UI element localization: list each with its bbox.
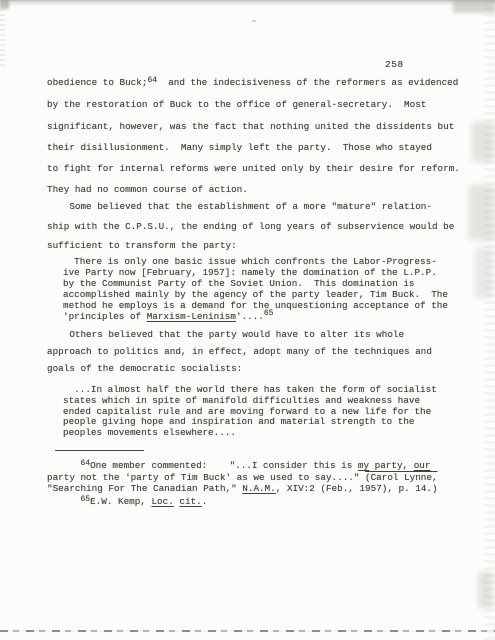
- scanned-document-page: 258 obedience to Buck;64 and the indecis…: [0, 0, 495, 640]
- text-line: sufficient to transform the party:: [47, 236, 454, 256]
- scan-artifact-smudge: [478, 572, 493, 608]
- text-line: to fight for internal reforms were unite…: [47, 158, 460, 179]
- text-line: approach to politics and, in effect, ado…: [47, 344, 432, 361]
- scan-artifact-top-edge: [0, 0, 495, 7]
- block-quote: ...In almost half the world there has ta…: [63, 385, 437, 439]
- scan-artifact-smudge: [475, 248, 493, 298]
- text-line: 65E.W. Kemp, Loc. cit..: [47, 496, 207, 508]
- footnote-separator-rule: [55, 450, 144, 451]
- text-line: peoples movements elsewhere....: [63, 428, 437, 439]
- text-line: Some believed that the establishment of …: [47, 197, 454, 217]
- text-line: significant, however, was the fact that …: [47, 116, 460, 137]
- body-paragraph: Some believed that the establishment of …: [47, 197, 454, 256]
- scan-artifact-bottom-edge: [0, 630, 495, 632]
- scan-artifact-left-strip: [0, 6, 5, 66]
- body-paragraph: obedience to Buck;64 and the indecisiven…: [47, 72, 460, 201]
- text-line: ship with the C.P.S.U., the ending of lo…: [47, 217, 454, 237]
- text-line: goals of the democratic socialists:: [47, 361, 432, 378]
- text-line: obedience to Buck;64 and the indecisiven…: [47, 72, 460, 94]
- text-line: their disillusionment. Many simply left …: [47, 137, 460, 158]
- block-quote: There is only one basic issue which conf…: [63, 257, 448, 323]
- text-line: Others believed that the party would hav…: [47, 327, 432, 344]
- footnote: 65E.W. Kemp, Loc. cit..: [47, 496, 207, 508]
- page-number: 258: [385, 59, 404, 70]
- text-line: party not the 'party of Tim Buck' as we …: [47, 472, 438, 483]
- scan-artifact-speck: [252, 20, 256, 22]
- text-line: "Searching For The Canadian Path," N.A.M…: [47, 483, 438, 494]
- text-line: 64One member commented: "...I consider t…: [47, 460, 438, 472]
- scan-artifact-right-strip: [484, 0, 495, 640]
- text-line: 'principles of Marxism-Leninism'....65: [63, 312, 448, 324]
- body-paragraph: Others believed that the party would hav…: [47, 327, 432, 377]
- scan-artifact-smudge: [469, 185, 495, 240]
- text-line: by the restoration of Buck to the office…: [47, 94, 460, 115]
- scan-artifact-smudge: [472, 122, 494, 162]
- footnote: 64One member commented: "...I consider t…: [47, 460, 438, 495]
